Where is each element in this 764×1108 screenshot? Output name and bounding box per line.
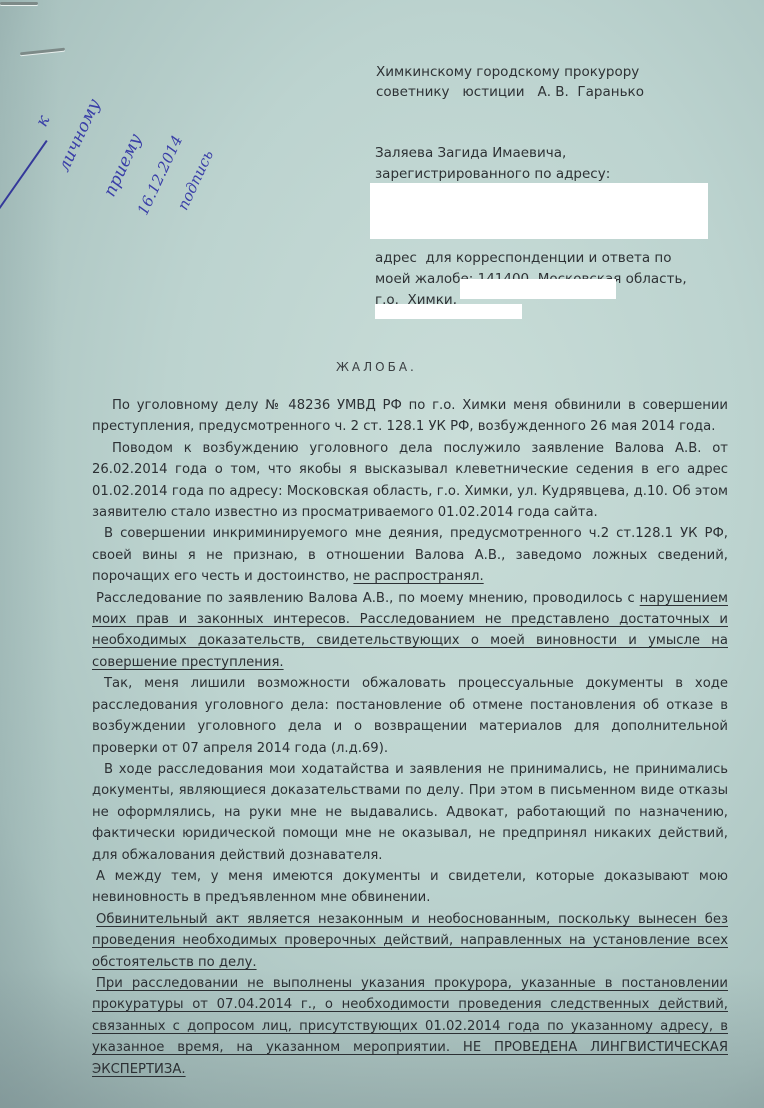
paragraph: В совершении инкриминируемого мне деяния… (92, 523, 728, 587)
paragraph: В ходе расследования мои ходатайства и з… (92, 759, 728, 866)
paragraph: Так, меня лишили возможности обжаловать … (92, 673, 728, 759)
redaction-box (375, 304, 522, 319)
addressee-block: Химкинскому городскому прокурору советни… (376, 62, 644, 102)
addressee-line: советнику юстиции А. В. Гаранько (376, 82, 644, 102)
underlined-text: Обвинительный акт является незаконным и … (92, 912, 728, 970)
sender-correspondence-line: адрес для корреспонденции и ответа по (375, 248, 687, 269)
paragraph: Поводом к возбуждению уголовного дела по… (92, 438, 728, 524)
complaint-body: По уголовному делу № 48236 УМВД РФ по г.… (92, 395, 728, 1080)
redaction-box (370, 183, 708, 239)
handwritten-line: личному (54, 96, 105, 175)
underlined-text: При расследовании не выполнены указания … (92, 976, 728, 1077)
paragraph: При расследовании не выполнены указания … (92, 973, 728, 1080)
paragraph: Расследование по заявлению Валова А.В., … (92, 588, 728, 674)
handwritten-line: приему (100, 131, 146, 200)
paragraph: А между тем, у меня имеются документы и … (92, 866, 728, 909)
paragraph: По уголовному делу № 48236 УМВД РФ по г.… (92, 395, 728, 438)
underlined-text: не распространял. (353, 569, 483, 584)
redaction-box (460, 279, 616, 299)
staple-mark (0, 2, 38, 5)
paragraph: Обвинительный акт является незаконным и … (92, 909, 728, 973)
sender-registered-label: зарегистрированного по адресу: (375, 164, 687, 185)
handwritten-resolution: к личному приему 16.12.2014 подпись (20, 70, 220, 240)
handwritten-line: к (32, 112, 54, 130)
document-title: ЖАЛОБА. (336, 360, 417, 374)
addressee-line: Химкинскому городскому прокурору (376, 62, 644, 82)
sender-name: Заляева Загида Имаевича, (375, 143, 687, 164)
handwritten-signature: подпись (174, 147, 217, 213)
